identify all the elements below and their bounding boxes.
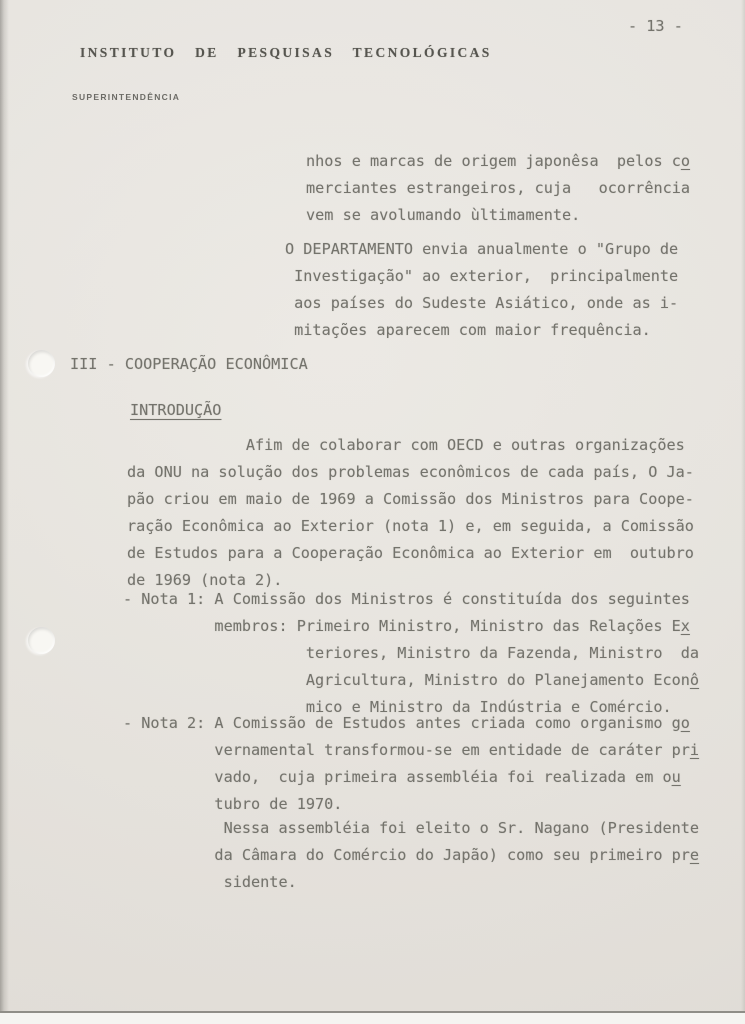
- letterhead-department: SUPERINTENDÊNCIA: [72, 92, 180, 102]
- scan-edge-right: [741, 0, 745, 1011]
- paragraph-introducao: Afim de colaborar com OECD e outras orga…: [127, 432, 694, 594]
- paper-sheet: - 13 - INSTITUTO DE PESQUISAS TECNOLÓGIC…: [0, 0, 745, 1013]
- paragraph-assembleia: Nessa assembléia foi eleito o Sr. Nagano…: [123, 815, 699, 896]
- paragraph-nota-1: - Nota 1: A Comissão dos Ministros é con…: [123, 586, 699, 721]
- letterhead-organization: INSTITUTO DE PESQUISAS TECNOLÓGICAS: [80, 45, 492, 61]
- scanned-document: { "page_number": "- 13 -", "letterhead":…: [0, 0, 745, 1024]
- intro-heading: INTRODUÇÃO: [130, 397, 221, 424]
- paragraph-continuation: nhos e marcas de origem japonêsa pelos c…: [306, 148, 690, 229]
- punch-hole-bottom: [28, 627, 55, 654]
- punch-hole-top: [28, 350, 55, 377]
- scan-edge-left: [0, 0, 9, 1011]
- paragraph-departamento: O DEPARTAMENTO envia anualmente o "Grupo…: [285, 236, 678, 344]
- page-number: - 13 -: [628, 13, 683, 40]
- section-heading-cooperacao-economica: III - COOPERAÇÃO ECONÔMICA: [70, 351, 308, 378]
- paragraph-nota-2: - Nota 2: A Comissão de Estudos antes cr…: [123, 710, 699, 818]
